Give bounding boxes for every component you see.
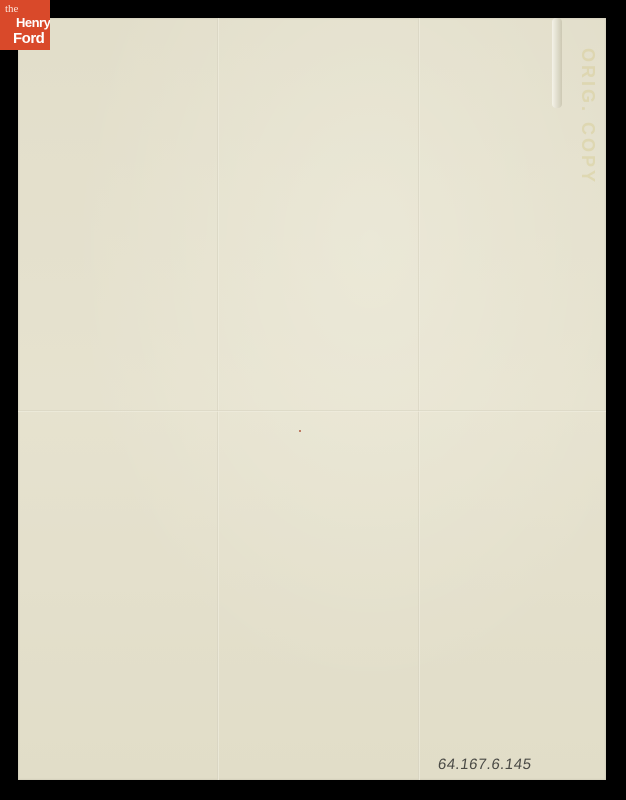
ink-bleed-through bbox=[231, 88, 556, 297]
logo-text-ford: Ford bbox=[13, 30, 44, 47]
vertical-fold-line bbox=[418, 18, 420, 780]
horizontal-fold-line bbox=[18, 410, 606, 412]
logo-text-the: the bbox=[5, 3, 18, 15]
document-page: ORIG. COPY bbox=[18, 18, 606, 780]
logo-text-henry: Henry bbox=[16, 15, 50, 30]
page-crease bbox=[552, 18, 562, 108]
paper-speck bbox=[299, 430, 301, 432]
henry-ford-logo[interactable]: the Henry Ford bbox=[0, 0, 50, 50]
stamp-bleed-through: ORIG. COPY bbox=[577, 48, 598, 185]
vertical-fold-line bbox=[217, 18, 219, 780]
accession-number: 64.167.6.145 bbox=[437, 756, 533, 773]
